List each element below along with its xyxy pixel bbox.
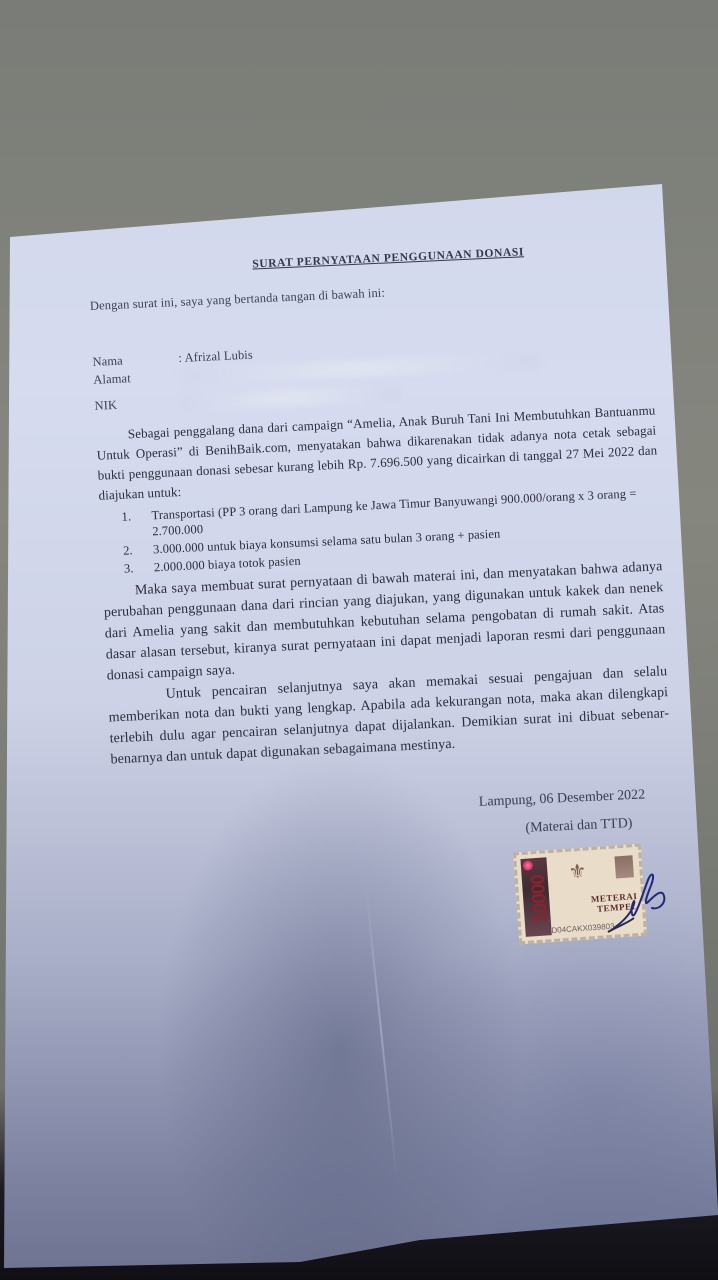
- list-number: 2.: [123, 541, 154, 558]
- list-number: 3.: [124, 559, 155, 576]
- paper-sheet-wrapper: SURAT PERNYATAAN PENGGUNAAN DONASI Denga…: [0, 0, 718, 1280]
- garuda-emblem-icon: ⚜: [565, 858, 591, 886]
- paper-fold-crease: [364, 881, 397, 1180]
- document-body: SURAT PERNYATAAN PENGGUNAAN DONASI Denga…: [88, 237, 671, 771]
- stamp-value: 10000: [527, 863, 554, 934]
- signature-icon: [604, 866, 684, 936]
- list-number: 1.: [121, 507, 152, 540]
- photo-background: SURAT PERNYATAAN PENGGUNAAN DONASI Denga…: [0, 0, 718, 1280]
- signature-block: Lampung, 06 Desember 2022 (Materai dan T…: [455, 787, 647, 840]
- field-label-nik: NIK: [94, 392, 181, 414]
